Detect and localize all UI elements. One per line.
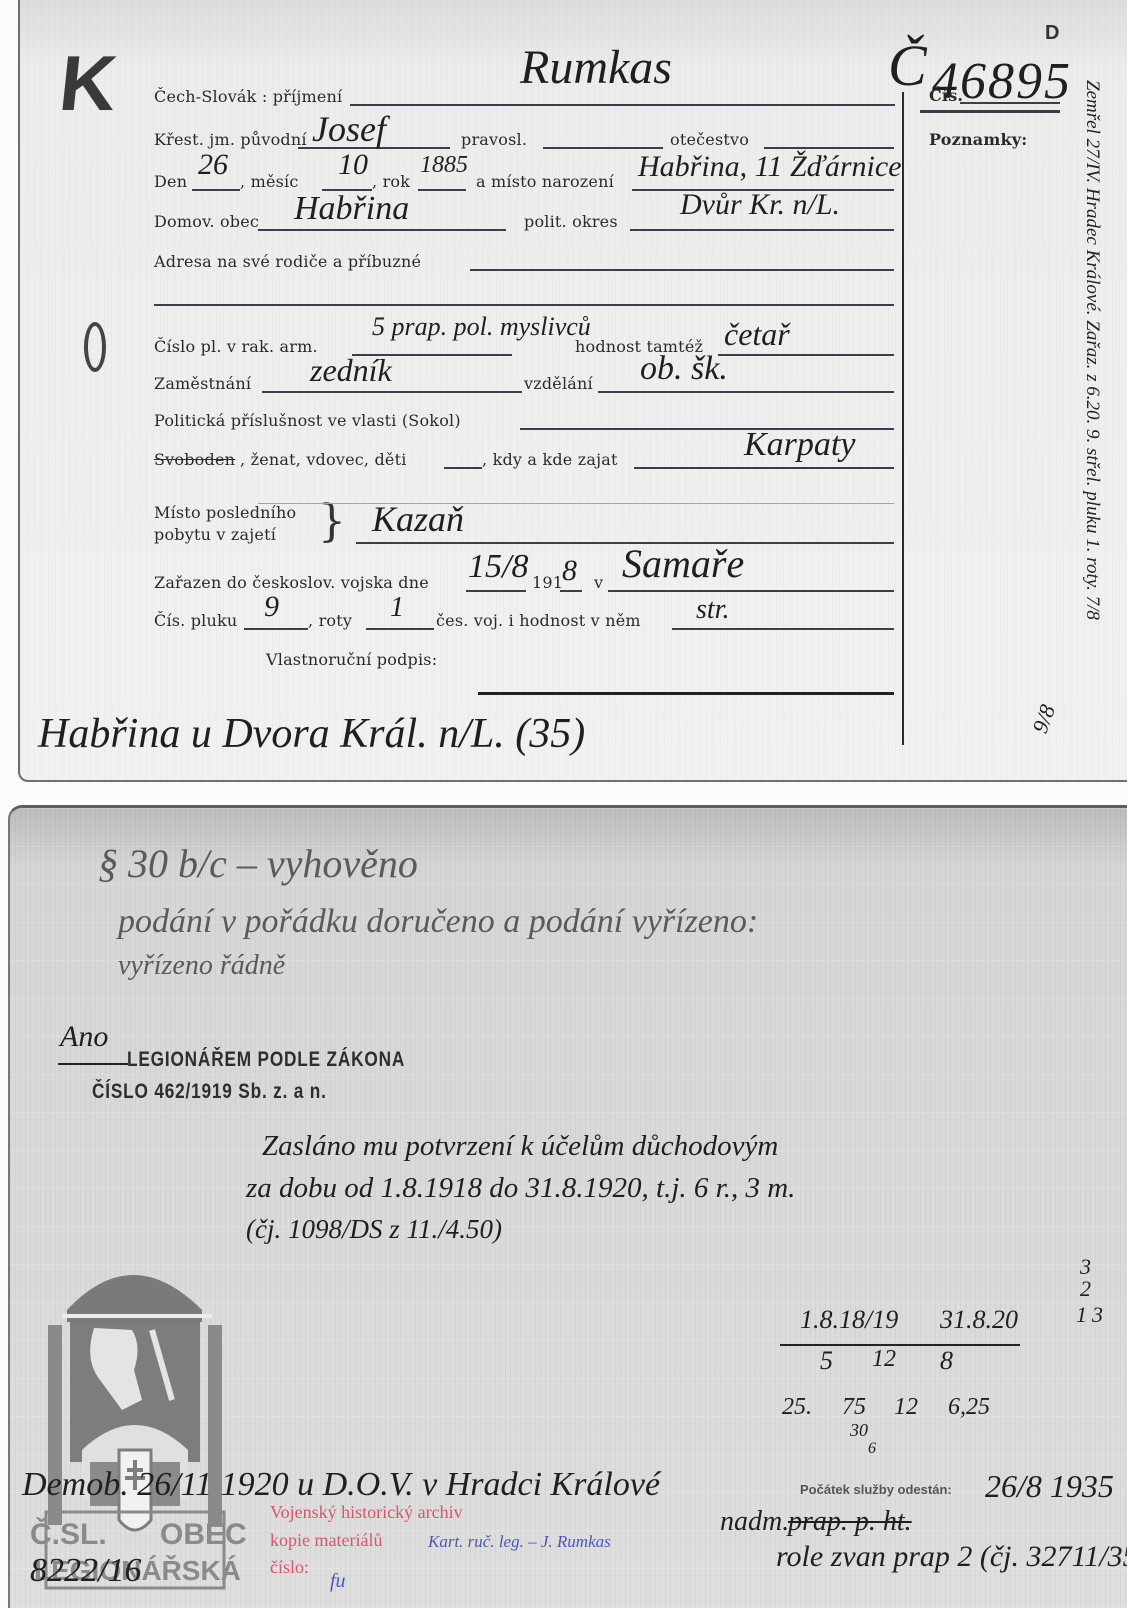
orthodox-line — [543, 147, 663, 149]
capture-line — [634, 467, 894, 469]
birth-day-value[interactable]: 26 — [198, 148, 228, 182]
regiment-label: Čís. pluku — [154, 611, 237, 630]
enlisted-year-printed: 191 — [532, 573, 563, 592]
birthplace-value[interactable]: Habřina, 11 Žďárnice — [638, 150, 902, 184]
service-end-label: Počátek služby odestán: — [800, 1482, 952, 1497]
pencil-note-line-3[interactable]: vyřízeno řádně — [118, 950, 285, 982]
education-line — [598, 391, 894, 393]
calc-row2-b: 12 — [872, 1346, 896, 1373]
calc-right-col-2: 2 — [1080, 1276, 1091, 1302]
education-value[interactable]: ob. šk. — [640, 350, 728, 388]
stamp-underline — [58, 1063, 128, 1065]
company-label: , roty — [308, 611, 352, 630]
pension-note-line-2[interactable]: za dobu od 1.8.1918 do 31.8.1920, t.j. 6… — [246, 1172, 795, 1205]
calc-divider — [780, 1344, 1020, 1346]
signature-label: Vlastnoruční podpis: — [266, 650, 437, 669]
last-captivity-value[interactable]: Kazaň — [372, 498, 464, 540]
austrian-regiment-value[interactable]: 5 prap. pol. myslivců — [372, 312, 591, 342]
district-line — [630, 229, 894, 231]
archive-stamp-handwritten-ref[interactable]: Kart. ruč. leg. – J. Rumkas — [428, 1532, 611, 1552]
legionnaire-stamp-line-2: ČÍSLO 462/1919 Sb. z. a n. — [92, 1080, 327, 1104]
political-label: Politická příslušnost ve vlasti (Sokol) — [154, 411, 461, 430]
occupation-line — [262, 391, 522, 393]
occupation-label: Zaměstnání — [154, 374, 251, 393]
enlisted-label: Zařazen do českoslov. vojska dne — [154, 573, 429, 592]
enlisted-place-line — [608, 590, 894, 592]
calc-row3-a: 25. — [782, 1394, 812, 1421]
czech-rank-value[interactable]: str. — [696, 594, 729, 626]
calc-row3-d: 6,25 — [948, 1394, 990, 1421]
home-municipality-line — [258, 229, 506, 231]
birth-month-value[interactable]: 10 — [338, 148, 368, 182]
card-number-prefix: Č — [888, 32, 927, 99]
address-line-1 — [470, 269, 894, 271]
regiment-line — [244, 628, 308, 630]
number-line — [960, 102, 1060, 104]
home-municipality-label: Domov. obec — [154, 212, 259, 231]
emblem-text-left: Č.SL. — [30, 1518, 107, 1552]
remarks-label: Poznamky: — [929, 130, 1027, 149]
birth-year-value[interactable]: 1885 — [420, 152, 468, 179]
calc-right-col-extra: 3 — [1092, 1302, 1103, 1328]
enlisted-year-written[interactable]: 8 — [562, 554, 577, 588]
address-line-2 — [154, 304, 894, 306]
capture-value[interactable]: Karpaty — [744, 426, 855, 464]
czech-rank-label: čes. voj. i hodnost v něm — [436, 611, 641, 630]
emblem-text-right: OBEC — [160, 1518, 247, 1552]
number-label: Čís. — [929, 86, 963, 105]
enlisted-date-line — [466, 590, 526, 592]
circled-mark — [84, 322, 106, 372]
district-label: polit. okres — [524, 212, 618, 231]
birth-year-label: , rok — [372, 172, 410, 191]
marital-status-label: , ženat, vdovec, děti — [240, 450, 407, 469]
district-value[interactable]: Dvůr Kr. n/L. — [680, 188, 840, 222]
company-line — [366, 628, 434, 630]
rank-note-struck: prap. p. ht. — [788, 1506, 912, 1538]
archive-stamp-handwritten-number[interactable]: fu — [330, 1570, 346, 1593]
first-name-value[interactable]: Josef — [312, 108, 386, 150]
archive-stamp-line-1: Vojenský historický archiv — [270, 1502, 463, 1523]
home-municipality-value[interactable]: Habřina — [294, 190, 409, 228]
calc-row2-a: 5 — [820, 1346, 833, 1376]
calc-row1-right: 31.8.20 — [940, 1305, 1018, 1335]
calc-right-col-3: 1 — [1076, 1302, 1087, 1328]
origin-note[interactable]: Habřina u Dvora Král. n/L. (35) — [38, 710, 585, 758]
regiment-value[interactable]: 9 — [264, 590, 279, 624]
orthodox-label: pravosl. — [461, 130, 527, 149]
education-label: vzdělání — [524, 374, 593, 393]
pension-note-line-1[interactable]: Zasláno mu potvrzení k účelům důchodovým — [262, 1130, 778, 1163]
calc-row5: 6 — [868, 1440, 876, 1458]
calc-row4: 30 — [850, 1420, 868, 1441]
enlisted-place-value[interactable]: Samaře — [622, 540, 744, 587]
number-underline — [920, 110, 1060, 113]
corner-mark: D — [1045, 22, 1059, 45]
birth-day-label: Den — [154, 172, 187, 191]
surname-label: Čech-Slovák : příjmení — [154, 87, 342, 106]
capture-label: , kdy a kde zajat — [482, 450, 618, 469]
calc-row3-b: 75 — [842, 1394, 866, 1421]
discharge-note[interactable]: Demob. 26/11 1920 u D.O.V. v Hradci Král… — [22, 1466, 660, 1504]
first-name-label: Křest. jm. původní — [154, 130, 307, 149]
last-captivity-label-2: pobytu v zajetí — [154, 525, 276, 544]
address-label: Adresa na své rodiče a příbuzné — [154, 252, 421, 271]
czech-rank-line — [672, 628, 894, 630]
rank-there-line — [718, 354, 894, 356]
occupation-value[interactable]: zedník — [310, 352, 392, 389]
archive-stamp-line-2: kopie materiálů — [270, 1530, 382, 1551]
patronymic-line — [764, 147, 894, 149]
birth-day-line — [192, 189, 240, 191]
pension-note-line-3[interactable]: (čj. 1098/DS z 11./4.50) — [246, 1214, 502, 1245]
rank-note-line-2[interactable]: role zvan prap 2 (čj. 32711/35) — [776, 1540, 1127, 1574]
corner-letter: K — [55, 38, 121, 129]
legionnaire-stamp-line-1: LEGIONÁŘEM PODLE ZÁKONA — [127, 1048, 405, 1072]
calc-row1-left: 1.8.18/19 — [800, 1305, 898, 1335]
company-value[interactable]: 1 — [390, 592, 404, 624]
column-divider — [902, 92, 904, 745]
pencil-note-line-1[interactable]: § 30 b/c – vyhověno — [98, 840, 418, 887]
patronymic-label: otečestvo — [670, 130, 749, 149]
rank-there-value[interactable]: četař — [724, 316, 790, 353]
last-captivity-label-1: Místo posledního — [154, 503, 296, 522]
file-number[interactable]: 8222/16 — [30, 1552, 141, 1590]
marital-single-label: Svoboden — [154, 450, 235, 469]
captivity-line-top — [258, 503, 894, 504]
enlisted-place-label: v — [594, 573, 603, 592]
birth-year-line — [418, 189, 466, 191]
brace: } — [318, 500, 346, 544]
service-end-value[interactable]: 26/8 1935 — [985, 1468, 1114, 1505]
birth-month-label: , měsíc — [240, 172, 299, 191]
austrian-regiment-label: Číslo pl. v rak. arm. — [154, 337, 318, 356]
surname-line — [350, 104, 895, 106]
enlisted-year-line — [560, 590, 582, 592]
stamp-handwritten-mark: Ano — [60, 1020, 108, 1054]
surname-value[interactable]: Rumkas — [520, 40, 672, 95]
legionnaire-association-emblem: Č.SL. OBEC LEGIONÁŘSKÁ — [22, 1250, 248, 1595]
signature-line — [478, 692, 894, 695]
calc-row2-c: 8 — [940, 1346, 953, 1376]
calc-row3-c: 12 — [894, 1394, 918, 1421]
side-note-vertical[interactable]: Zemřel 27/IV. Hradec Králové. Zařaz. z 6… — [1082, 80, 1102, 760]
children-line — [444, 467, 482, 469]
archive-stamp-line-3: číslo: — [270, 1557, 309, 1578]
enlisted-date-value[interactable]: 15/8 — [468, 548, 528, 586]
rank-note-prefix: nadm. — [720, 1506, 789, 1538]
birthplace-label: a místo narození — [476, 172, 614, 191]
pencil-note-line-2[interactable]: podání v pořádku doručeno a podání vyříz… — [118, 903, 758, 941]
